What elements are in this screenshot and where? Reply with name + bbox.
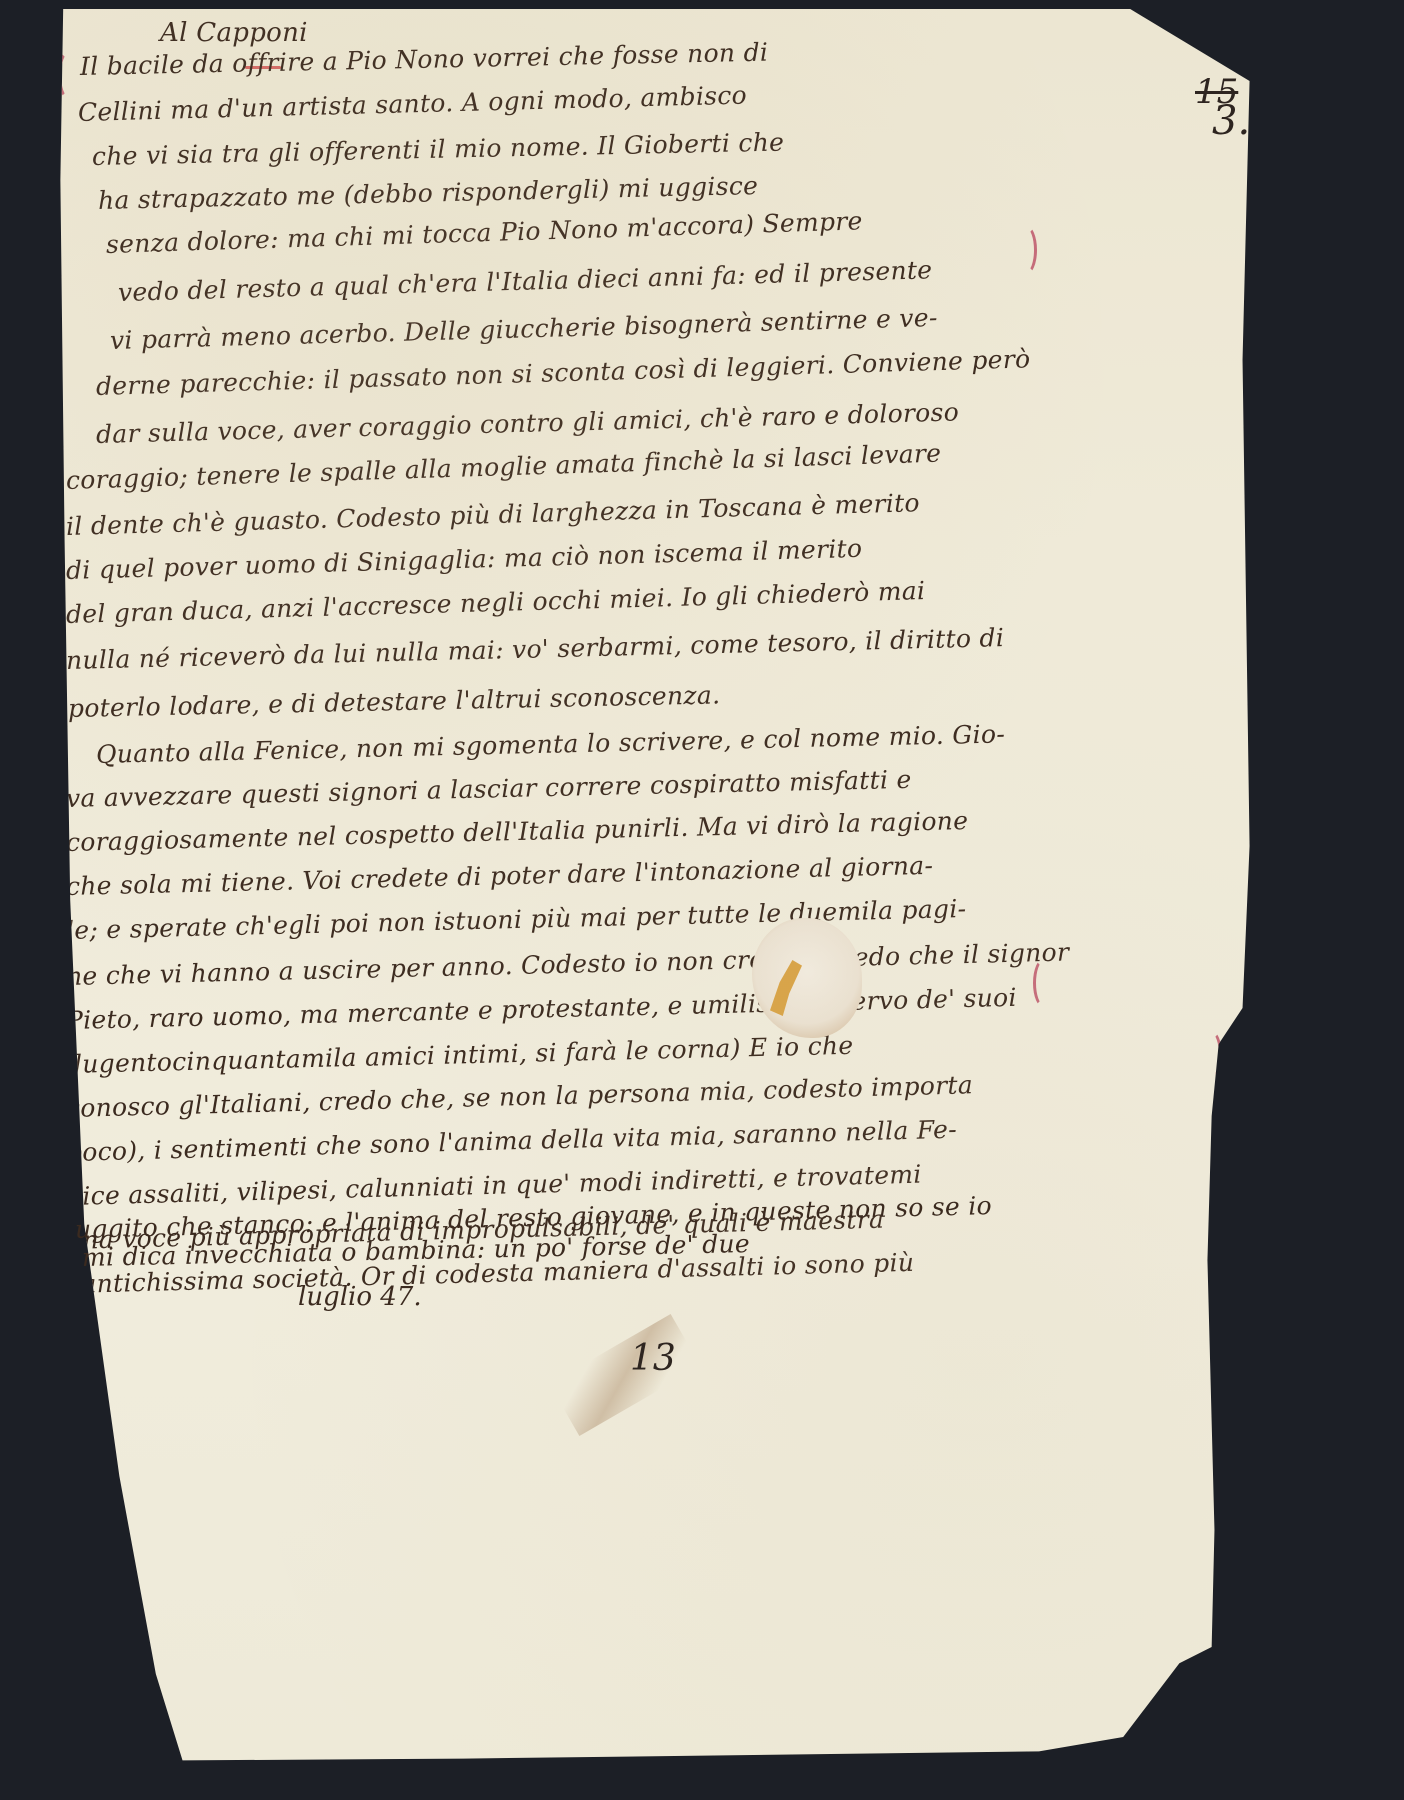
text-line: conosco gl'Italiani, credo che, se non l… bbox=[66, 1070, 974, 1123]
footer-number: 13 bbox=[630, 1338, 676, 1379]
text-line: del gran duca, anzi l'accresce negli occ… bbox=[66, 576, 926, 629]
text-line: ha strapazzato me (debbo rispondergli) m… bbox=[98, 171, 759, 215]
text-line: Pieto, raro uomo, ma mercante e protesta… bbox=[66, 983, 1017, 1035]
water-stain bbox=[752, 918, 862, 1038]
text-line: che sola mi tiene. Voi credete di poter … bbox=[66, 851, 934, 901]
text-line: coraggiosamente nel cospetto dell'Italia… bbox=[66, 806, 969, 857]
letter-heading: Al Capponi bbox=[160, 18, 308, 48]
text-line: Cellini ma d'un artista santo. A ogni mo… bbox=[78, 80, 748, 127]
text-line: dugentocinquantamila amici intimi, si fa… bbox=[66, 1031, 854, 1079]
manuscript-page: 15 3. Al Capponi Il bacile da offrire a … bbox=[0, 0, 1404, 1800]
corner-fold bbox=[1180, 10, 1320, 80]
text-line: poco), i sentimenti che sono l'anima del… bbox=[66, 1115, 958, 1167]
text-line: vedo del resto a qual ch'era l'Italia di… bbox=[118, 255, 933, 307]
text-line: senza dolore: ma chi mi tocca Pio Nono m… bbox=[106, 206, 864, 259]
red-close-paren-2 bbox=[1200, 1030, 1222, 1080]
text-line: va avvezzare questi signori a lasciar co… bbox=[66, 765, 912, 813]
text-line: che vi sia tra gli offerenti il mio nome… bbox=[92, 128, 785, 171]
text-line: vi parrà meno acerbo. Delle giuccherie b… bbox=[110, 303, 938, 355]
red-close-paren-1 bbox=[1015, 225, 1037, 275]
red-open-paren-1 bbox=[58, 50, 80, 100]
text-line: poterlo lodare, e di detestare l'altrui … bbox=[68, 680, 721, 723]
text-line: derne parecchie: il passato non si scont… bbox=[96, 344, 1031, 401]
text-line: nulla né riceverò da lui nulla mai: vo' … bbox=[66, 623, 1005, 675]
text-line: di quel pover uomo di Sinigaglia: ma ciò… bbox=[66, 534, 863, 585]
text-line: ne che vi hanno a uscire per anno. Codes… bbox=[66, 937, 1070, 991]
text-line: Quanto alla Fenice, non mi sgomenta lo s… bbox=[96, 719, 1006, 769]
text-line: il dente ch'è guasto. Codesto più di lar… bbox=[66, 488, 921, 541]
letter-date: luglio 47. bbox=[298, 1282, 422, 1312]
page-number: 3. bbox=[1212, 98, 1250, 144]
text-line: coraggio; tenere le spalle alla moglie a… bbox=[66, 439, 942, 495]
